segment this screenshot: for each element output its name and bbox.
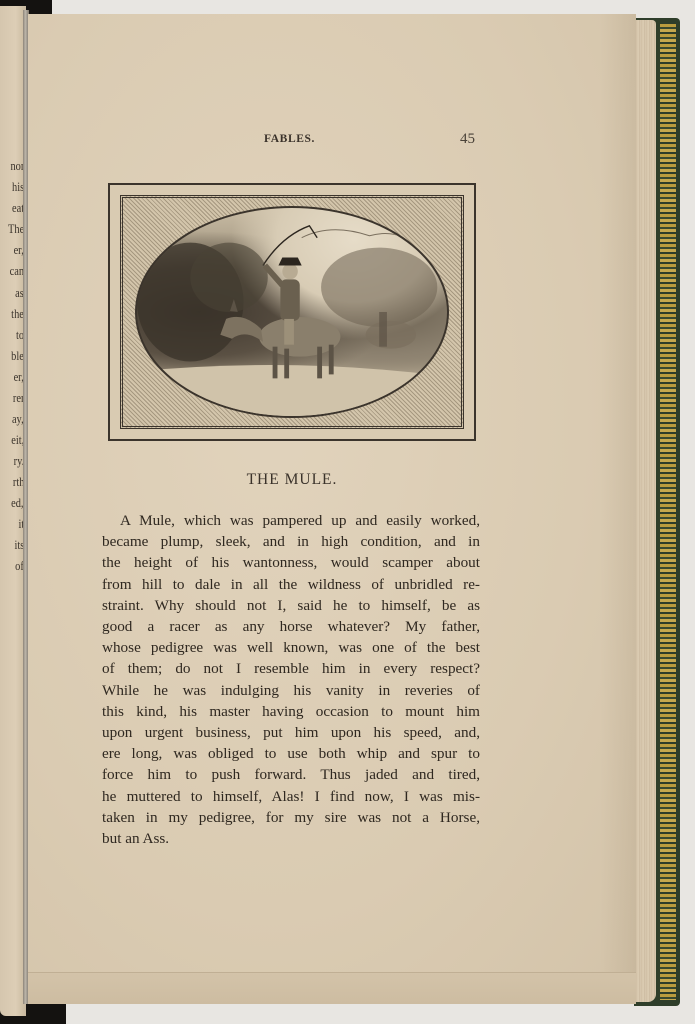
text-line: the height of his wantonness, would scam… — [102, 552, 480, 573]
text-line: he muttered to himself, Alas! I find now… — [102, 786, 480, 807]
page-number: 45 — [460, 131, 475, 148]
engraving-illustration — [108, 183, 476, 441]
gilt-tooling — [660, 24, 676, 1000]
text-line: of them; do not I resemble him in every … — [102, 658, 480, 679]
engraving-frame — [120, 195, 464, 429]
page-fold — [28, 972, 636, 1004]
page-45: FABLES. 45 — [28, 14, 636, 1004]
text-line: this kind, his master having occasion to… — [102, 701, 480, 722]
fable-text: A Mule, which was pampered up and easily… — [102, 510, 480, 849]
book-spread-viewer: nor his eat The er, can as the to ble er… — [0, 0, 695, 1024]
text-line: straint. Why should not I, said he to hi… — [102, 595, 480, 616]
left-page-line: nor — [10, 158, 24, 174]
left-page-line: The — [8, 221, 24, 237]
text-line: whose pedigree was well known, was one o… — [102, 637, 480, 658]
page-shade — [600, 14, 636, 1004]
fable-title: THE MULE. — [28, 471, 556, 489]
text-line: force him to push forward. Thus jaded an… — [102, 764, 480, 785]
engraving-vignette — [135, 206, 449, 418]
text-line: upon urgent business, put him upon his s… — [102, 722, 480, 743]
text-line: but an Ass. — [102, 828, 480, 849]
text-line: taken in my pedigree, for my sire was no… — [102, 807, 480, 828]
text-line: While he was indulging his vanity in rev… — [102, 680, 480, 701]
text-line: ere long, was obliged to use both whip a… — [102, 743, 480, 764]
text-line: from hill to dale in all the wildness of… — [102, 574, 480, 595]
running-head: FABLES. — [264, 133, 315, 145]
rider-on-mule-icon — [137, 208, 447, 416]
text-line: A Mule, which was pampered up and easily… — [102, 510, 480, 531]
text-line: good a racer as any horse whatever? My f… — [102, 616, 480, 637]
left-page-line: can — [10, 263, 24, 279]
text-line: became plump, sleek, and in high conditi… — [102, 531, 480, 552]
